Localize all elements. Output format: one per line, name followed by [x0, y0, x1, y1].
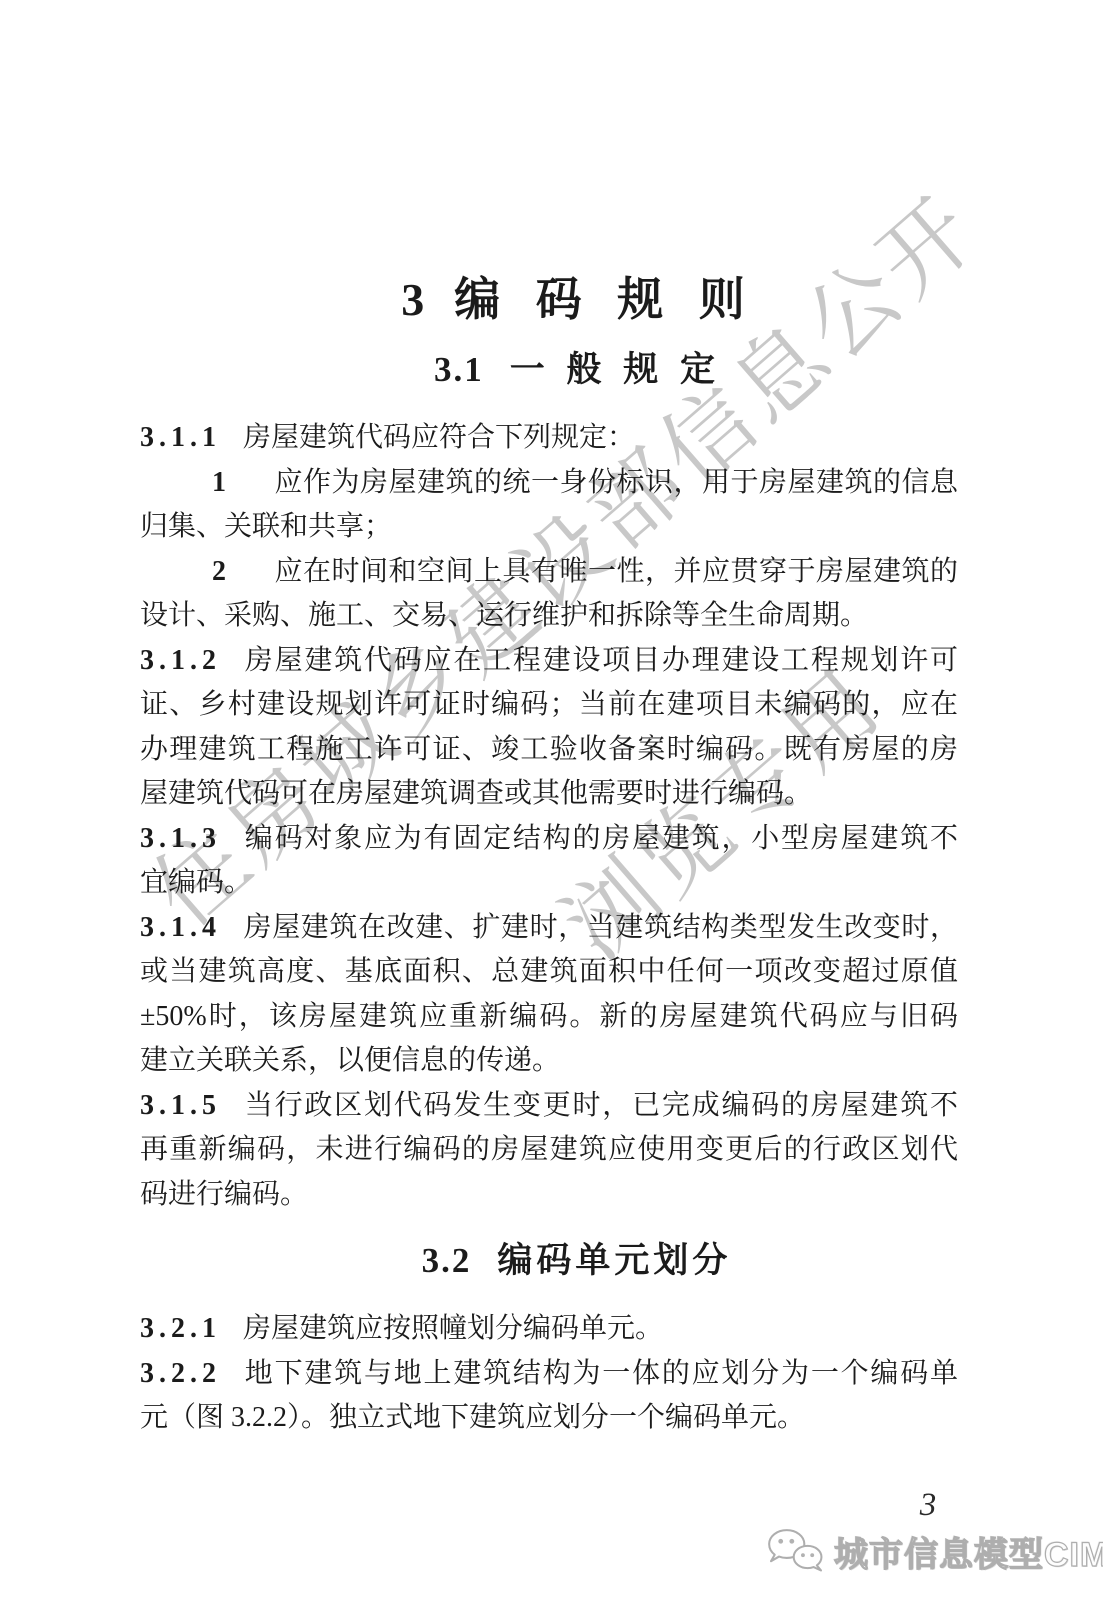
page-number: 3: [896, 1487, 960, 1524]
text-line: 3.2.1房屋建筑应按照幢划分编码单元。: [140, 1307, 958, 1352]
text-line: 2应在时间和空间上具有唯一性，并应贯穿于房屋建筑的: [140, 550, 958, 595]
clause-number: 3.1.4: [140, 912, 221, 943]
clause-paragraph: 3.1.5当行政区划代码发生变更时，已完成编码的房屋建筑不再重新编码，未进行编码…: [140, 1084, 958, 1218]
text-line: ±50%时，该房屋建筑应重新编码。新的房屋建筑代码应与旧码: [140, 995, 958, 1040]
clause-number: 3.1.1: [140, 422, 221, 453]
clause-paragraph: 3.1.3编码对象应为有固定结构的房屋建筑，小型房屋建筑不宜编码。: [140, 817, 958, 906]
text-line: 或当建筑高度、基底面积、总建筑面积中任何一项改变超过原值: [140, 950, 958, 995]
clause-paragraph: 3.1.2房屋建筑代码应在工程建设项目办理建设工程规划许可证、乡村建设规划许可证…: [140, 639, 958, 817]
footer-logo: 城市信息模型CIM网: [762, 1526, 1103, 1576]
line-text: 应在时间和空间上具有唯一性，并应贯穿于房屋建筑的: [274, 556, 958, 587]
heading-number: 3: [401, 274, 424, 325]
text-line: 宜编码。: [140, 861, 958, 906]
text-line: 元（图 3.2.2）。独立式地下建筑应划分一个编码单元。: [140, 1396, 958, 1441]
text-line: 3.1.2房屋建筑代码应在工程建设项目办理建设工程规划许可: [140, 639, 958, 684]
line-text: 房屋建筑应按照幢划分编码单元。: [243, 1313, 663, 1344]
text-line: 3.1.3编码对象应为有固定结构的房屋建筑，小型房屋建筑不: [140, 817, 958, 862]
line-text: 地下建筑与地上建筑结构为一体的应划分为一个编码单: [243, 1358, 958, 1389]
text-line: 再重新编码，未进行编码的房屋建筑应使用变更后的行政区划代: [140, 1128, 958, 1173]
document-content: 3编 码 规 则3.1一 般 规 定3.1.1房屋建筑代码应符合下列规定：1应作…: [140, 0, 958, 1441]
line-text: 房屋建筑代码应在工程建设项目办理建设工程规划许可: [243, 645, 958, 676]
heading-number: 3.1: [434, 350, 484, 389]
chapter-heading: 3编 码 规 则: [195, 274, 958, 326]
list-item-paragraph: 1应作为房屋建筑的统一身份标识，用于房屋建筑的信息归集、关联和共享；: [140, 461, 958, 550]
clause-number: 3.2.1: [140, 1313, 221, 1344]
clause-number: 3.1.5: [140, 1090, 221, 1121]
item-number: 1: [212, 467, 226, 498]
text-line: 1应作为房屋建筑的统一身份标识，用于房屋建筑的信息: [140, 461, 958, 506]
text-line: 归集、关联和共享；: [140, 505, 958, 550]
footer-logo-text: 城市信息模型CIM网: [834, 1527, 1103, 1576]
text-line: 3.1.5当行政区划代码发生变更时，已完成编码的房屋建筑不: [140, 1084, 958, 1129]
clause-number: 3.1.2: [140, 645, 221, 676]
line-text: 应作为房屋建筑的统一身份标识，用于房屋建筑的信息: [274, 467, 958, 498]
text-line: 3.1.4房屋建筑在改建、扩建时，当建筑结构类型发生改变时，: [140, 906, 958, 951]
clause-number: 3.2.2: [140, 1358, 221, 1389]
line-text: 房屋建筑代码应符合下列规定：: [243, 422, 635, 453]
heading-text: 编 码 规 则: [454, 274, 752, 325]
clause-paragraph: 3.1.4房屋建筑在改建、扩建时，当建筑结构类型发生改变时，或当建筑高度、基底面…: [140, 906, 958, 1084]
document-page: 住房城乡建设部信息公开 浏览专用 3编 码 规 则3.1一 般 规 定3.1.1…: [0, 0, 1103, 1597]
clause-number: 3.1.3: [140, 823, 221, 854]
clause-paragraph: 3.1.1房屋建筑代码应符合下列规定：: [140, 416, 958, 461]
text-line: 码进行编码。: [140, 1173, 958, 1218]
text-line: 3.2.2地下建筑与地上建筑结构为一体的应划分为一个编码单: [140, 1352, 958, 1397]
text-line: 证、乡村建设规划许可证时编码；当前在建项目未编码的，应在: [140, 683, 958, 728]
text-line: 建立关联关系，以便信息的传递。: [140, 1039, 958, 1084]
heading-number: 3.2: [422, 1241, 472, 1280]
section-heading: 3.1一 般 规 定: [195, 350, 958, 390]
line-text: 编码对象应为有固定结构的房屋建筑，小型房屋建筑不: [243, 823, 958, 854]
item-number: 2: [212, 556, 226, 587]
text-line: 办理建筑工程施工许可证、竣工验收备案时编码。既有房屋的房: [140, 728, 958, 773]
text-line: 3.1.1房屋建筑代码应符合下列规定：: [140, 416, 958, 461]
line-text: 房屋建筑在改建、扩建时，当建筑结构类型发生改变时，: [243, 912, 958, 943]
heading-text: 编码单元划分: [497, 1241, 731, 1280]
text-line: 设计、采购、施工、交易、运行维护和拆除等全生命周期。: [140, 594, 958, 639]
clause-paragraph: 3.2.2地下建筑与地上建筑结构为一体的应划分为一个编码单元（图 3.2.2）。…: [140, 1352, 958, 1441]
section-heading: 3.2编码单元划分: [195, 1241, 958, 1281]
text-line: 屋建筑代码可在房屋建筑调查或其他需要时进行编码。: [140, 772, 958, 817]
list-item-paragraph: 2应在时间和空间上具有唯一性，并应贯穿于房屋建筑的设计、采购、施工、交易、运行维…: [140, 550, 958, 639]
line-text: 当行政区划代码发生变更时，已完成编码的房屋建筑不: [243, 1090, 958, 1121]
clause-paragraph: 3.2.1房屋建筑应按照幢划分编码单元。: [140, 1307, 958, 1352]
wechat-icon: [762, 1526, 830, 1576]
heading-text: 一 般 规 定: [510, 350, 719, 389]
